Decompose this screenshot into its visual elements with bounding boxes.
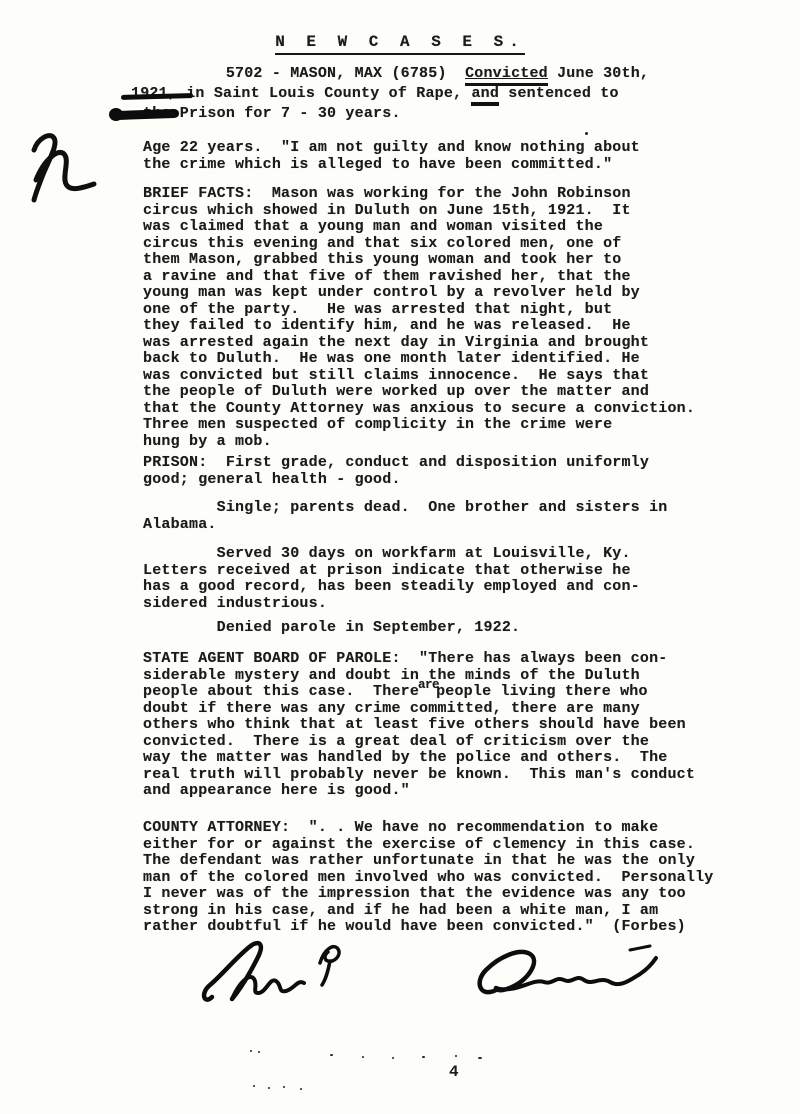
text-line: Alabama. — [143, 517, 783, 534]
text-line: one of the party. He was arrested that n… — [143, 302, 783, 319]
ink-speck — [250, 1050, 252, 1052]
text-line: convicted. There is a great deal of crit… — [143, 734, 783, 751]
ink-speck — [268, 1087, 270, 1089]
ink-speck — [258, 1051, 260, 1053]
text-line: young man was kept under control by a re… — [143, 285, 783, 302]
text-segment: June 30th, — [548, 65, 649, 82]
ink-speck — [392, 1057, 394, 1059]
inserted-word-are: are — [418, 678, 439, 692]
ink-speck — [455, 1055, 457, 1057]
text-line: sidered industrious. — [143, 596, 783, 613]
text-line: Letters received at prison indicate that… — [143, 563, 783, 580]
text-line: hung by a mob. — [143, 434, 783, 451]
text-line: others who think that at least five othe… — [143, 717, 783, 734]
text-line: a ravine and that five of them ravished … — [143, 269, 783, 286]
ink-speck — [362, 1056, 364, 1058]
paragraph-workfarm: Served 30 days on workfarm at Louisville… — [143, 546, 783, 612]
text-line: Age 22 years. "I am not guilty and know … — [143, 140, 783, 157]
text-line: has a good record, has been steadily emp… — [143, 579, 783, 596]
paragraph-age: Age 22 years. "I am not guilty and know … — [143, 140, 783, 173]
text-line: the people of Duluth were worked up over… — [143, 384, 783, 401]
text-line: they failed to identify him, and he was … — [143, 318, 783, 335]
text-line: Three men suspected of complicity in the… — [143, 417, 783, 434]
text-line: the crime which is alleged to have been … — [143, 157, 783, 174]
page-number: 4 — [449, 1063, 459, 1081]
paragraph-family: Single; parents dead. One brother and si… — [143, 500, 783, 533]
underlined-word-and: and — [471, 86, 499, 107]
text-line: siderable mystery and doubt in the minds… — [143, 668, 783, 685]
text-line: rather doubtful if he would have been co… — [143, 919, 783, 936]
text-line: BRIEF FACTS: Mason was working for the J… — [143, 186, 783, 203]
text-line: them Mason, grabbed this young woman and… — [143, 252, 783, 269]
text-line: Served 30 days on workfarm at Louisville… — [143, 546, 783, 563]
signature-left-icon — [200, 935, 360, 1020]
margin-note-n-icon — [20, 124, 104, 216]
text-segment: sentenced to — [499, 85, 619, 102]
text-segment: people about this case. There — [143, 683, 419, 700]
text-line: The defendant was rather unfortunate in … — [143, 853, 783, 870]
text-line: I never was of the impression that the e… — [143, 886, 783, 903]
page-title: N E W C A S E S. — [275, 33, 525, 55]
text-line: way the matter was handled by the police… — [143, 750, 783, 767]
case-header: 5702 - MASON, MAX (6785) Convicted June … — [143, 66, 783, 123]
ink-speck — [330, 1054, 333, 1056]
text-line: strong in his case, and if he had been a… — [143, 903, 783, 920]
text-line: circus this evening and that six colored… — [143, 236, 783, 253]
text-line: PRISON: First grade, conduct and disposi… — [143, 455, 783, 472]
text-line: the Prison for 7 - 30 years. — [143, 106, 783, 123]
struck-word-the: the — [143, 106, 171, 123]
text-line: good; general health - good. — [143, 472, 783, 489]
ink-speck — [478, 1057, 482, 1059]
underlined-word-convicted: Convicted — [465, 66, 548, 86]
text-line-with-insert: people about this case. Therearepeople l… — [143, 684, 783, 701]
text-line: 1921, in Saint Louis County of Rape, and… — [131, 86, 783, 107]
text-line: Denied parole in September, 1922. — [143, 620, 783, 637]
text-line: was claimed that a young man and woman v… — [143, 219, 783, 236]
text-line: Single; parents dead. One brother and si… — [143, 500, 783, 517]
text-line: either for or against the exercise of cl… — [143, 837, 783, 854]
document-page: N E W C A S E S. 5702 - MASON, MAX (6785… — [0, 0, 800, 1114]
text-line: man of the colored men involved who was … — [143, 870, 783, 887]
text-line: back to Duluth. He was one month later i… — [143, 351, 783, 368]
case-number-text: 5702 - MASON, MAX (6785) — [143, 65, 465, 82]
title-row: N E W C A S E S. — [0, 33, 800, 55]
paragraph-brief-facts: BRIEF FACTS: Mason was working for the J… — [143, 186, 783, 450]
text-segment: people living there who — [436, 683, 648, 700]
text-line: and appearance here is good." — [143, 783, 783, 800]
ink-speck — [253, 1085, 255, 1087]
struck-year: 1921, — [131, 86, 177, 103]
ink-speck — [300, 1088, 302, 1090]
text-line: 5702 - MASON, MAX (6785) Convicted June … — [143, 66, 783, 86]
text-line: that the County Attorney was anxious to … — [143, 401, 783, 418]
ink-speck — [283, 1086, 285, 1088]
text-line: was convicted but still claims innocence… — [143, 368, 783, 385]
ink-speck — [422, 1056, 425, 1058]
text-segment: Prison for 7 - 30 years. — [171, 105, 401, 122]
ink-speck — [585, 132, 588, 135]
paragraph-prison: PRISON: First grade, conduct and disposi… — [143, 455, 783, 488]
paragraph-parole-denied: Denied parole in September, 1922. — [143, 620, 783, 637]
text-line: circus which showed in Duluth on June 15… — [143, 203, 783, 220]
signature-right-icon — [468, 938, 668, 1008]
paragraph-county-attorney: COUNTY ATTORNEY: ". . We have no recomme… — [143, 820, 783, 936]
text-line: STATE AGENT BOARD OF PAROLE: "There has … — [143, 651, 783, 668]
text-segment: in Saint Louis County of Rape, — [177, 85, 471, 102]
text-line: COUNTY ATTORNEY: ". . We have no recomme… — [143, 820, 783, 837]
text-line: doubt if there was any crime committed, … — [143, 701, 783, 718]
paragraph-state-agent: STATE AGENT BOARD OF PAROLE: "There has … — [143, 651, 783, 800]
text-line: real truth will probably never be known.… — [143, 767, 783, 784]
text-line: was arrested again the next day in Virgi… — [143, 335, 783, 352]
